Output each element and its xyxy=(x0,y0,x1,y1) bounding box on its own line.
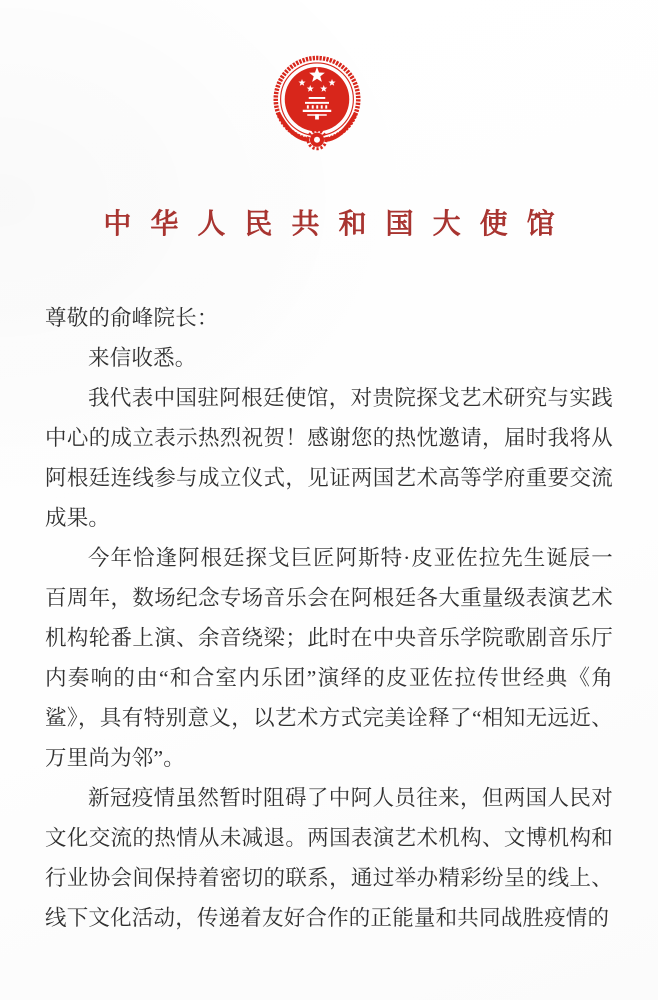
paragraph: 今年恰逢阿根廷探戈巨匠阿斯特·皮亚佐拉先生诞辰一百周年，数场纪念专场音乐会在阿根… xyxy=(45,538,613,778)
letterhead-title: 中华人民共和国大使馆 xyxy=(0,202,658,242)
paragraph: 来信收悉。 xyxy=(45,338,613,378)
paragraph: 我代表中国驻阿根廷使馆，对贵院探戈艺术研究与实践中心的成立表示热烈祝贺！感谢您的… xyxy=(45,378,613,538)
prc-national-emblem-icon xyxy=(272,54,362,158)
letterhead-emblem-area xyxy=(0,0,646,158)
salutation: 尊敬的俞峰院长： xyxy=(45,298,613,338)
letter-page: 中华人民共和国大使馆 尊敬的俞峰院长： 来信收悉。 我代表中国驻阿根廷使馆，对贵… xyxy=(0,0,658,1000)
paragraph: 新冠疫情虽然暂时阻碍了中阿人员往来，但两国人民对文化交流的热情从未减退。两国表演… xyxy=(45,778,613,938)
letter-body: 尊敬的俞峰院长： 来信收悉。 我代表中国驻阿根廷使馆，对贵院探戈艺术研究与实践中… xyxy=(0,298,658,938)
